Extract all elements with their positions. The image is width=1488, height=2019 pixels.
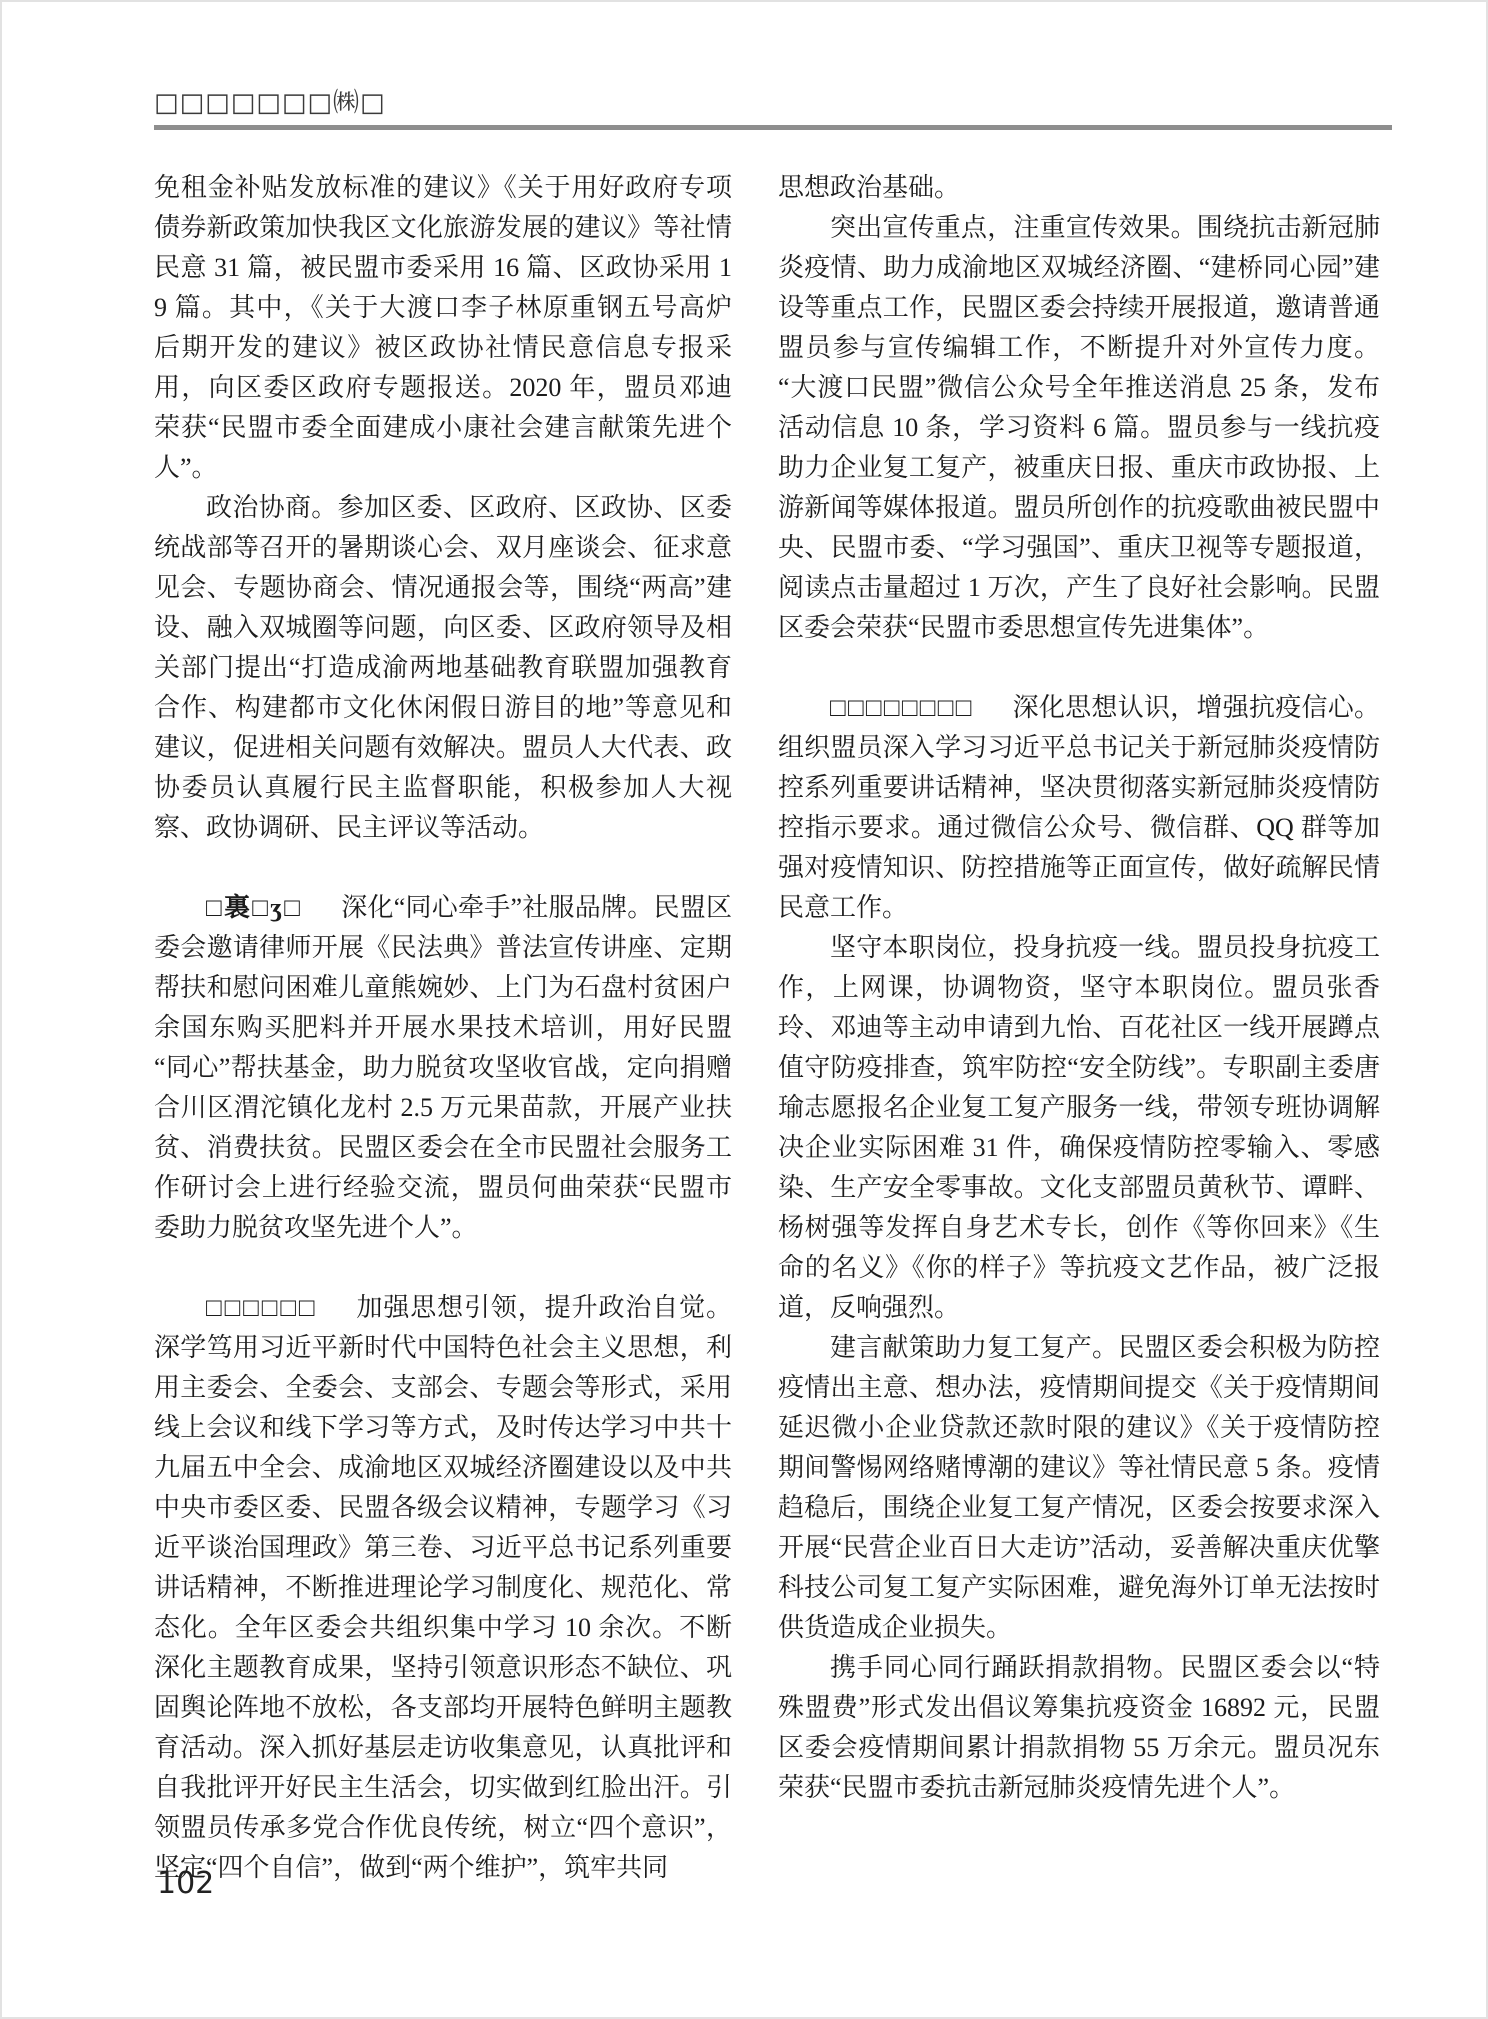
section-heading: □□□□□□	[206, 1293, 318, 1322]
left-column: 免租金补贴发放标准的建议》《关于用好政府专项债券新政策加快我区文化旅游发展的建议…	[154, 168, 732, 1888]
paragraph: 免租金补贴发放标准的建议》《关于用好政府专项债券新政策加快我区文化旅游发展的建议…	[154, 168, 732, 488]
paragraph: 携手同心同行踊跃捐款捐物。民盟区委会以“特殊盟费”形式发出倡议筹集抗疫资金 16…	[778, 1648, 1380, 1808]
right-column: 思想政治基础。突出宣传重点，注重宣传效果。围绕抗击新冠肺炎疫情、助力成渝地区双城…	[778, 168, 1380, 1888]
page-number: 102	[157, 1866, 214, 1901]
section-paragraph: □裏□ʒ□深化“同心牵手”社服品牌。民盟区委会邀请律师开展《民法典》普法宣传讲座…	[154, 888, 732, 1248]
section-heading: □□□□□□□□	[830, 693, 974, 722]
section-paragraph: □□□□□□加强思想引领，提升政治自觉。深学笃用习近平新时代中国特色社会主义思想…	[154, 1288, 732, 1888]
paragraph: 建言献策助力复工复产。民盟区委会积极为防控疫情出主意、想办法，疫情期间提交《关于…	[778, 1328, 1380, 1648]
paragraph: 政治协商。参加区委、区政府、区政协、区委统战部等召开的暑期谈心会、双月座谈会、征…	[154, 488, 732, 848]
paragraph: 坚守本职岗位，投身抗疫一线。盟员投身抗疫工作，上网课，协调物资，坚守本职岗位。盟…	[778, 928, 1380, 1328]
header-divider	[154, 125, 1392, 130]
paragraph: 思想政治基础。	[778, 168, 1380, 208]
paragraph: 突出宣传重点，注重宣传效果。围绕抗击新冠肺炎疫情、助力成渝地区双城经济圈、“建桥…	[778, 208, 1380, 648]
section-heading: □裏□ʒ□	[206, 893, 302, 922]
section-paragraph: □□□□□□□□深化思想认识，增强抗疫信心。组织盟员深入学习习近平总书记关于新冠…	[778, 688, 1380, 928]
document-page: □□□□□□□㈱□ 免租金补贴发放标准的建议》《关于用好政府专项债券新政策加快我…	[0, 0, 1488, 2019]
text-columns: 免租金补贴发放标准的建议》《关于用好政府专项债券新政策加快我区文化旅游发展的建议…	[154, 168, 1380, 1888]
header-title: □□□□□□□㈱□	[154, 82, 386, 119]
